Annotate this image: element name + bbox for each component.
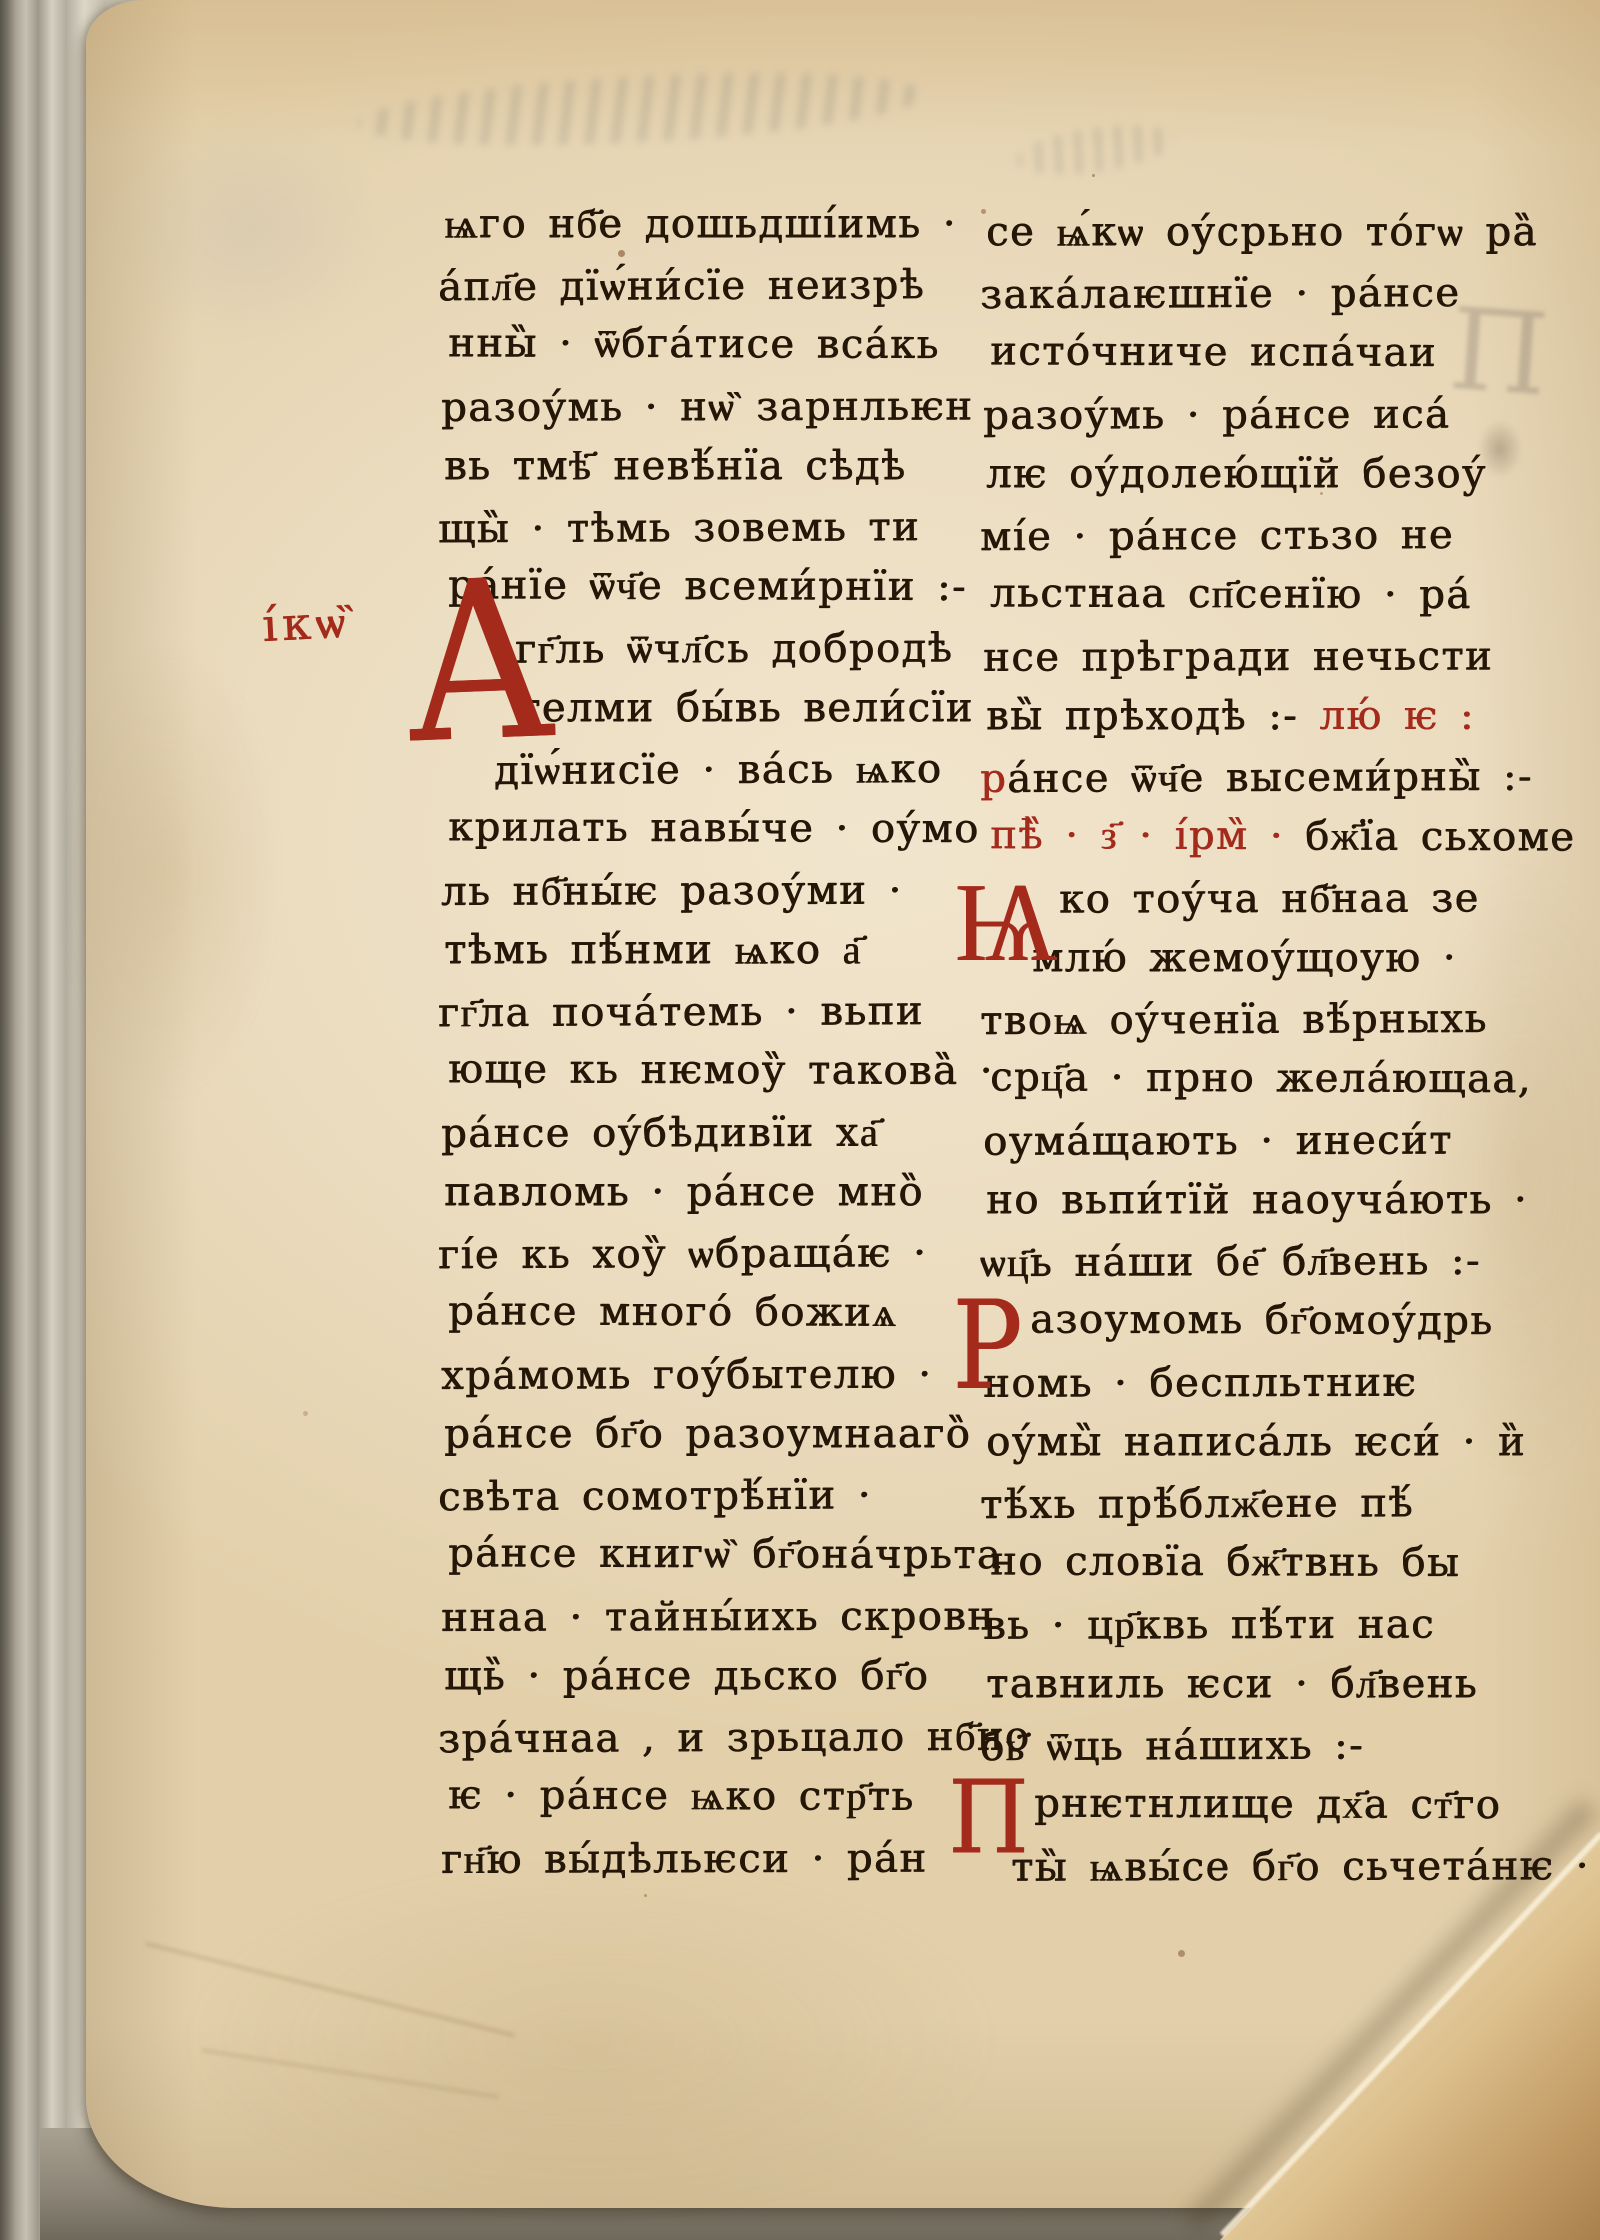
- manuscript-line: павломь · ра́нсе мно̏: [444, 1162, 964, 1223]
- manuscript-line: оума́щають · инеси́т: [983, 1110, 1433, 1172]
- rubric-text: пѣ̏ · з҃ · і́рм̏ ·: [990, 812, 1284, 859]
- manuscript-line: разоу́мь · ра́нсе иса́: [983, 384, 1433, 446]
- text-column-left: ѩго нб҃е дошьдші́имь ·а́пл҃е дїѡ́ни́сїе …: [444, 194, 964, 1888]
- manuscript-line: бь҃ ѿць на́шихь :-: [980, 1715, 1430, 1777]
- manuscript-line: мі́е · ра́нсе стьзо не: [980, 505, 1430, 567]
- ink-offset-mark: П: [1446, 285, 1553, 421]
- manuscript-line: разоу́мь · нѡ̏ зарнльѥн: [441, 376, 961, 438]
- manuscript-line: ль нб҃ны́ѥ разоу́ми ·: [441, 860, 961, 922]
- manuscript-line: но словїа бж҃твнь бы: [990, 1531, 1440, 1593]
- manuscript-line: оу́мы̏ написа́ль ѥси́ · и̏: [986, 1412, 1436, 1473]
- manuscript-line: ѥ · ра́нсе ѩко стр҃ть: [448, 1765, 968, 1827]
- manuscript-line: ра́нсе много́ божиѧ: [448, 1281, 968, 1343]
- manuscript-line: нсе прѣгради нечьсти: [983, 626, 1433, 688]
- manuscript-line: щь̏ · ра́нсе дьско бг҃о: [444, 1646, 964, 1707]
- manuscript-line: номь · беспльтниѥ: [983, 1352, 1433, 1414]
- manuscript-line: свѣта сомотрѣ́нїи ·: [438, 1464, 958, 1527]
- text-column-right: се ѩ́кѡ оу́срьно то́гѡ ра̏зака́лаѥшнїе ·…: [986, 202, 1436, 1896]
- manuscript-line: вь · цр҃квь пѣ́ти нас: [983, 1594, 1433, 1656]
- manuscript-line: гі́е кь хоу̏ ѡбраща́ѥ ·: [438, 1222, 958, 1285]
- manuscript-line: вы̏ прѣходѣ :- лю́ ѥ :: [986, 686, 1436, 747]
- manuscript-line: лѥ оу́долею́щїй безоу́: [986, 444, 1436, 505]
- manuscript-line: крилать навы́че · оу́мо: [448, 797, 968, 859]
- manuscript-line: ты̏ ѩвы́се бг҃о сьчета́нѥ ·: [983, 1836, 1433, 1898]
- manuscript-line: но вьпи́тїй наоуча́ють ·: [986, 1170, 1436, 1231]
- manuscript-line: ра́нсе ѿч҃е высеми́рны̏ :-: [980, 747, 1430, 809]
- manuscript-line: ра́нсе оу́бѣдивїи ха҃: [441, 1102, 961, 1164]
- rubric-initial-right-1: Ѩ: [954, 866, 1057, 978]
- manuscript-line: исто́чниче испа́чаи: [990, 321, 1440, 383]
- manuscript-line: ѡц҃ь на́ши бе҃ бл҃вень :-: [980, 1231, 1430, 1293]
- manuscript-line: пѣ̏ · з҃ · і́рм̏ · бж҃їа сьхоме ·: [990, 805, 1440, 867]
- manuscript-line: зра́чнаа , и зрьцало нб҃но: [438, 1706, 958, 1769]
- manuscript-line: ѩго нб҃е дошьдші́имь ·: [444, 194, 964, 255]
- manuscript-line: твоѩ оу́ченїа вѣ́рныхь: [980, 989, 1430, 1051]
- manuscript-line: ра́нсе книгѡ̏ бг҃она́чрьта: [448, 1523, 968, 1585]
- manuscript-line: тѣмь пѣ́нми ѩко а҃: [444, 920, 964, 981]
- rubric-text: лю́ ѥ :: [1298, 693, 1475, 739]
- manuscript-line: тавниль ѥси · бл҃вень: [986, 1654, 1436, 1715]
- manuscript-line: ннаа · тайны́ихь скровн: [441, 1586, 961, 1648]
- manuscript-line: зака́лаѥшнїе · ра́нсе: [980, 263, 1430, 325]
- margin-gloss-ikos: і́кѡ̏: [261, 594, 351, 653]
- manuscript-line: ра́нсе бг҃о разоумнааго̏: [444, 1404, 964, 1465]
- manuscript-line: азоумомь бг҃омоу́дрь: [990, 1289, 1440, 1351]
- rubric-initial-right-2: Р: [952, 1284, 1022, 1407]
- rubric-text: р: [980, 755, 1007, 801]
- manuscript-line: гг҃ла поча́темь · вьпи: [438, 980, 958, 1043]
- manuscript-line: юще кь нѥмоу̏ такова̏ ·: [448, 1039, 968, 1101]
- manuscript-line: льстнаа сп҃сенїю · ра́: [990, 563, 1440, 625]
- manuscript-line: гн҃ю вы́дѣльѥси · ра́н: [441, 1828, 961, 1890]
- manuscript-line: а́пл҃е дїѡ́ни́сїе неизрѣ: [438, 254, 958, 317]
- manuscript-line: нны̏ · ѿбга́тисе вса́кь: [448, 313, 968, 375]
- manuscript-line: хра́момь гоу́бытелю ·: [441, 1344, 961, 1406]
- manuscript-line: се ѩ́кѡ оу́срьно то́гѡ ра̏: [986, 202, 1436, 263]
- rubric-initial-right-3: П: [948, 1768, 1028, 1869]
- rubric-initial-left: А: [402, 550, 557, 775]
- manuscript-line: рнѥтнлище дх҃а ст҃го: [990, 1773, 1440, 1835]
- manuscript-photo: П і́кѡ̏ А Ѩ Р П ѩго нб҃е дошьдші́имь ·а́…: [0, 0, 1600, 2240]
- manuscript-line: тѣ́хь прѣ́блж҃ене пѣ́: [980, 1473, 1430, 1535]
- manuscript-line: вь тмѣ҃ невѣ́нїа сѣдѣ: [444, 436, 964, 497]
- manuscript-line: срц҃а · прно жела́ющаа,: [990, 1047, 1440, 1109]
